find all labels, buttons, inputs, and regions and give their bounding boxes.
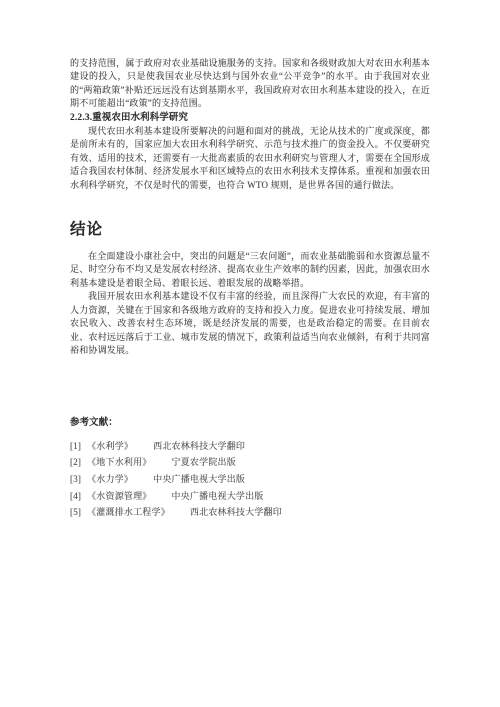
heading-references: 参考文献： — [70, 417, 430, 430]
document-page: 的支持范围，属于政府对农业基础设施服务的支持。国家和各级财政加大对农田水利基本建… — [0, 0, 500, 707]
paragraph-conclusion-2: 我国开展农田水利基本建设不仅有丰富的经验，而且深得广大农民的欢迎，有丰富的人力资… — [70, 290, 430, 357]
reference-label: [4] — [70, 488, 81, 505]
reference-title: 《灌溉排水工程学》 — [87, 504, 170, 521]
paragraph-conclusion-1: 在全面建设小康社会中，突出的问题是“三农问题”，而农业基础脆弱和水资源总量不足、… — [70, 250, 430, 290]
reference-list: [1]《水利学》西北农林科技大学翻印 [2]《地下水利用》宁夏农学院出版 [3]… — [70, 438, 430, 521]
reference-title: 《水利学》 — [87, 438, 133, 455]
reference-publisher: 中央广播电视大学出版 — [153, 471, 245, 488]
reference-label: [3] — [70, 471, 81, 488]
reference-publisher: 西北农林科技大学翻印 — [190, 504, 282, 521]
reference-item: [3]《水力学》中央广播电视大学出版 — [70, 471, 430, 488]
paragraph-policy-support: 的支持范围，属于政府对农业基础设施服务的支持。国家和各级财政加大对农田水利基本建… — [70, 57, 430, 111]
reference-title: 《水资源管理》 — [87, 488, 151, 505]
page-content: 的支持范围，属于政府对农业基础设施服务的支持。国家和各级财政加大对农田水利基本建… — [0, 0, 500, 521]
reference-publisher: 中央广播电视大学出版 — [172, 488, 264, 505]
reference-label: [5] — [70, 504, 81, 521]
heading-conclusion: 结论 — [70, 220, 430, 240]
heading-section-2-2-3: 2.2.3.重视农田水利科学研究 — [70, 112, 430, 125]
reference-item: [1]《水利学》西北农林科技大学翻印 — [70, 438, 430, 455]
reference-publisher: 西北农林科技大学翻印 — [153, 438, 245, 455]
reference-title: 《地下水利用》 — [87, 454, 151, 471]
reference-item: [4]《水资源管理》中央广播电视大学出版 — [70, 488, 430, 505]
paragraph-science-research: 现代农田水利基本建设所要解决的问题和面对的挑战，无论从技术的广度或深度，都是前所… — [70, 125, 430, 192]
reference-item: [5]《灌溉排水工程学》西北农林科技大学翻印 — [70, 504, 430, 521]
reference-title: 《水力学》 — [87, 471, 133, 488]
reference-item: [2]《地下水利用》宁夏农学院出版 — [70, 454, 430, 471]
reference-label: [1] — [70, 438, 81, 455]
reference-label: [2] — [70, 454, 81, 471]
reference-publisher: 宁夏农学院出版 — [172, 454, 236, 471]
